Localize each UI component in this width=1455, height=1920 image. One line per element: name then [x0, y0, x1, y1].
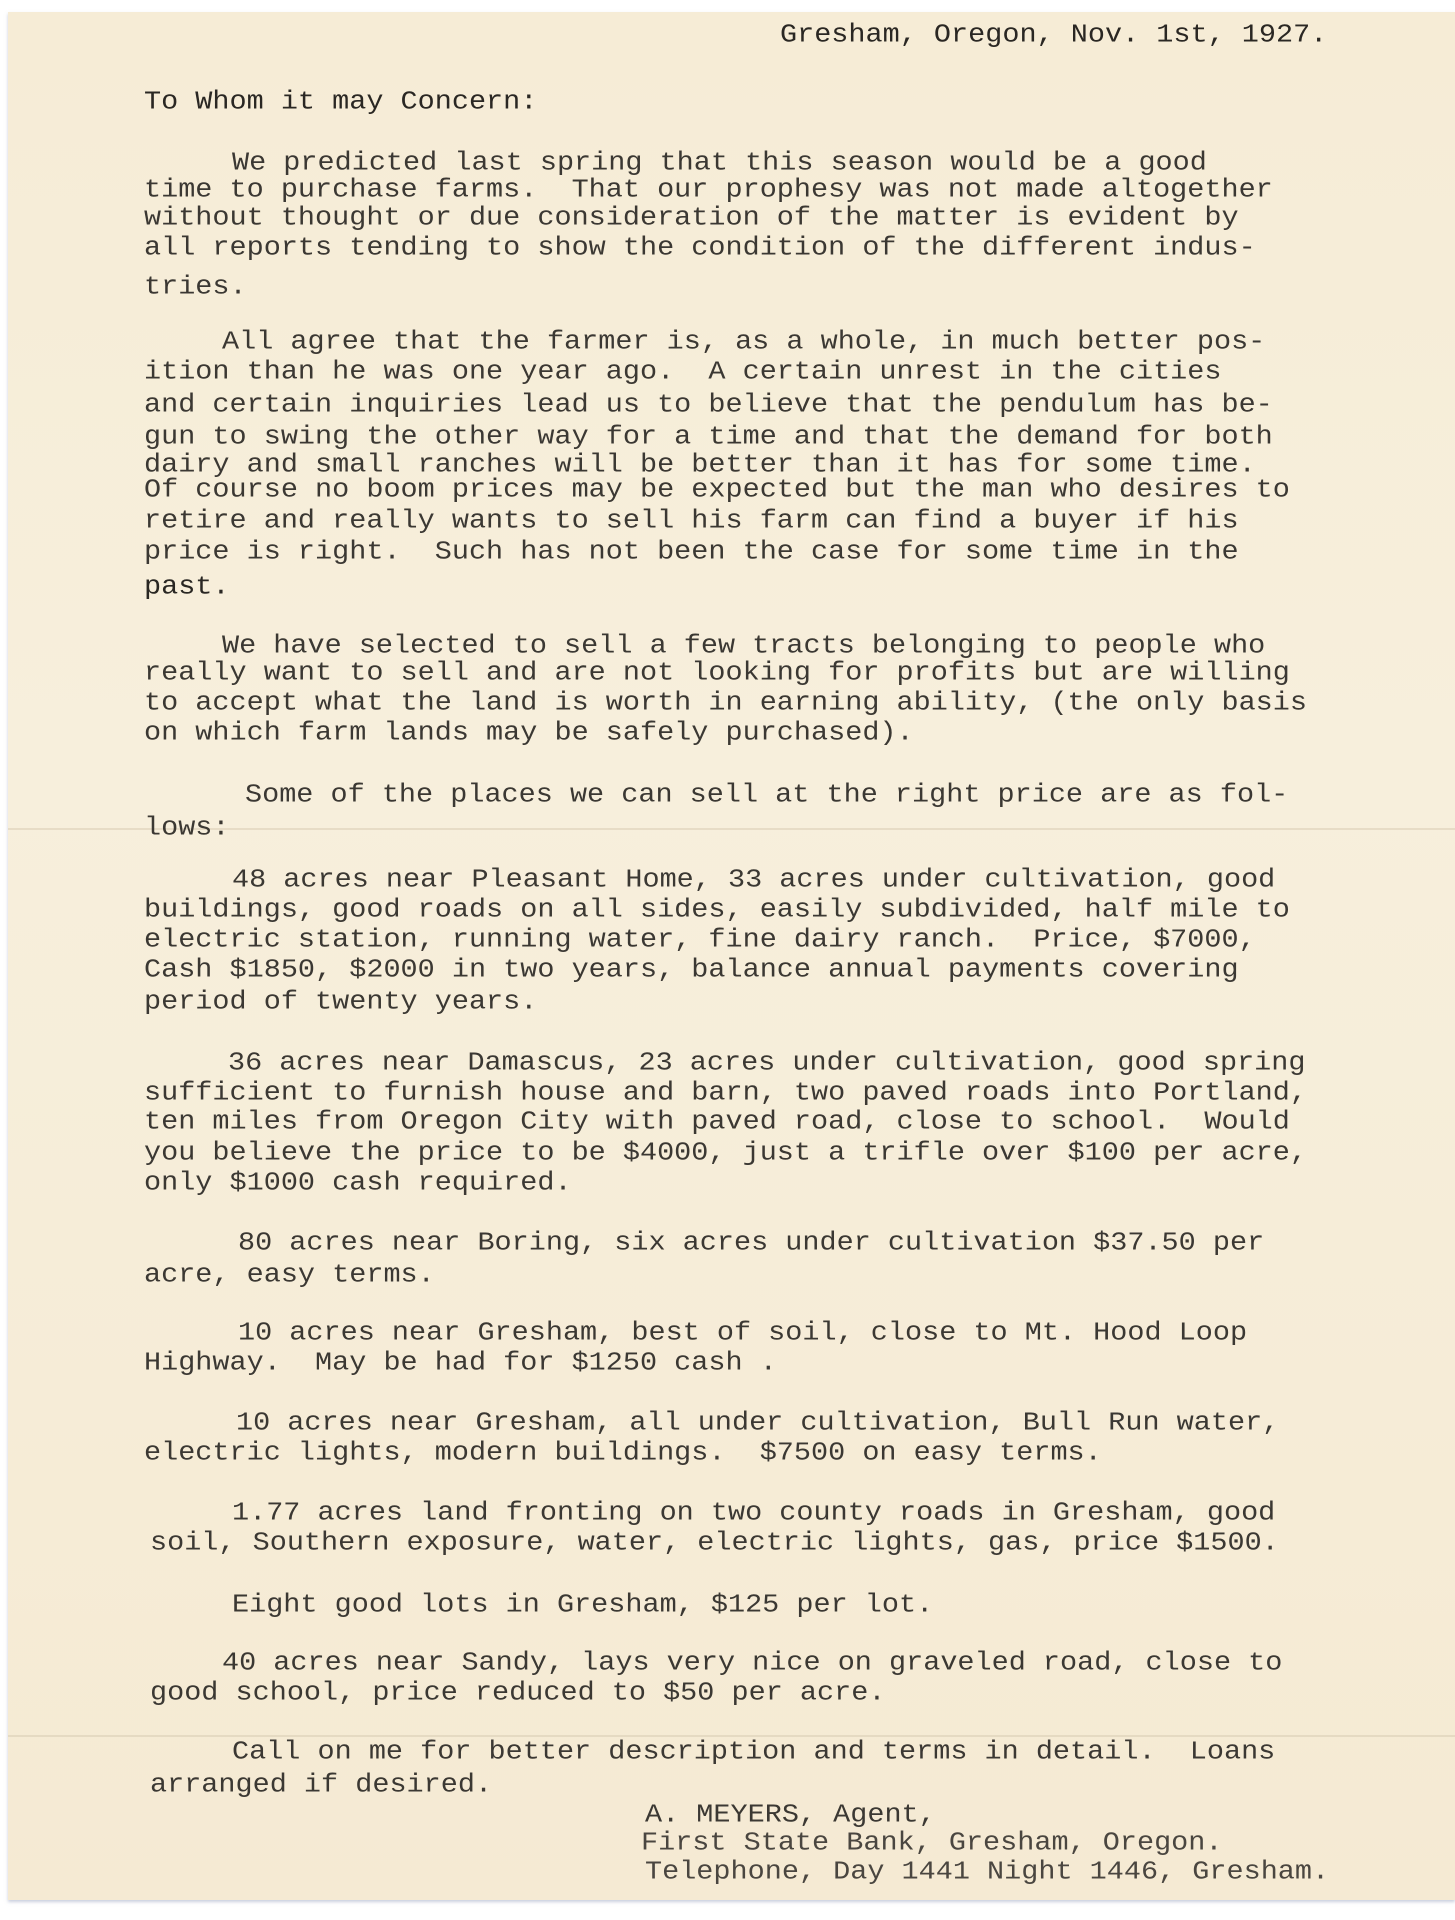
listing-line: buildings, good roads on all sides, easi…: [144, 896, 1290, 924]
paragraph-line: to accept what the land is worth in earn…: [144, 689, 1307, 717]
paragraph-line: on which farm lands may be safely purcha…: [144, 719, 914, 747]
listing-line: 40 acres near Sandy, lays very nice on g…: [222, 1649, 1282, 1677]
paragraph-line: We predicted last spring that this seaso…: [232, 149, 1207, 177]
listing-line: ten miles from Oregon City with paved ro…: [144, 1108, 1290, 1136]
closing-line: arranged if desired.: [150, 1771, 492, 1799]
listing-line: acre, easy terms.: [144, 1261, 435, 1289]
paragraph-line: retire and really wants to sell his farm…: [144, 507, 1239, 535]
dateline: Gresham, Oregon, Nov. 1st, 1927.: [780, 21, 1327, 49]
paragraph-line: all reports tending to show the conditio…: [144, 234, 1256, 262]
listing-line: electric lights, modern buildings. $7500…: [144, 1439, 1102, 1467]
signature-phone: Telephone, Day 1441 Night 1446, Gresham.: [645, 1858, 1329, 1886]
listing-line: 1.77 acres land fronting on two county r…: [232, 1499, 1275, 1527]
listing-line: period of twenty years.: [144, 988, 537, 1016]
listing-line: you believe the price to be $4000, just …: [144, 1139, 1307, 1167]
paragraph-line: ition than he was one year ago. A certai…: [144, 358, 1221, 386]
paragraph-line: All agree that the farmer is, as a whole…: [222, 328, 1265, 356]
paragraph-line: past.: [144, 573, 230, 601]
paragraph-line: Of course no boom prices may be expected…: [144, 476, 1290, 504]
salutation: To Whom it may Concern:: [144, 88, 537, 116]
listing-line: electric station, running water, fine da…: [144, 926, 1256, 954]
paragraph-line: without thought or due consideration of …: [144, 204, 1239, 232]
listing-line: 36 acres near Damascus, 23 acres under c…: [228, 1049, 1305, 1077]
listing-line: 10 acres near Gresham, all under cultiva…: [236, 1409, 1279, 1437]
paragraph-line: Some of the places we can sell at the ri…: [245, 781, 1288, 809]
listing-line: soil, Southern exposure, water, electric…: [150, 1529, 1279, 1557]
closing-line: Call on me for better description and te…: [232, 1738, 1275, 1766]
listing-line: 80 acres near Boring, six acres under cu…: [238, 1229, 1264, 1257]
listing-line: good school, price reduced to $50 per ac…: [150, 1679, 885, 1707]
listing-line: Cash $1850, $2000 in two years, balance …: [144, 956, 1239, 984]
paragraph-line: time to purchase farms. That our prophes…: [144, 176, 1273, 204]
paragraph-line: tries.: [144, 273, 247, 301]
listing-line: Eight good lots in Gresham, $125 per lot…: [232, 1591, 933, 1619]
listing-line: Highway. May be had for $1250 cash .: [144, 1349, 777, 1377]
signature-bank: First State Bank, Gresham, Oregon.: [641, 1829, 1223, 1857]
paragraph-line: really want to sell and are not looking …: [144, 659, 1290, 687]
paragraph-line: We have selected to sell a few tracts be…: [222, 632, 1265, 660]
listing-line: sufficient to furnish house and barn, tw…: [144, 1079, 1307, 1107]
paragraph-line: price is right. Such has not been the ca…: [144, 538, 1239, 566]
paragraph-line: lows:: [144, 814, 230, 842]
listing-line: 48 acres near Pleasant Home, 33 acres un…: [232, 866, 1275, 894]
signature-name: A. MEYERS, Agent,: [645, 1801, 936, 1829]
listing-line: only $1000 cash required.: [144, 1169, 572, 1197]
paragraph-line: and certain inquiries lead us to believe…: [144, 391, 1273, 419]
listing-line: 10 acres near Gresham, best of soil, clo…: [238, 1319, 1247, 1347]
paragraph-line: gun to swing the other way for a time an…: [144, 423, 1273, 451]
